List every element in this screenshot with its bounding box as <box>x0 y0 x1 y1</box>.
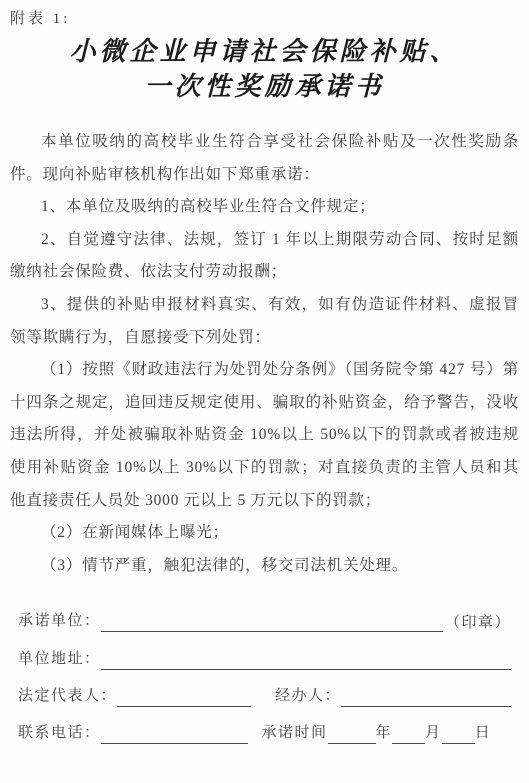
day-fill-line <box>442 723 475 744</box>
title-line-2: 一次性奖励承诺书 <box>10 69 519 104</box>
attachment-label: 附表 1: <box>10 8 519 30</box>
legal-rep-fill-line <box>117 686 251 707</box>
body-paragraph-item1: 1、本单位及吸纳的高校毕业生符合文件规定； <box>10 191 519 224</box>
address-label: 单位地址： <box>18 648 101 670</box>
document-body: 本单位吸纳的高校毕业生符合享受社会保险补贴及一次性奖励条件。现向补贴审核机构作出… <box>10 126 519 582</box>
year-fill-line <box>328 723 376 744</box>
signature-area: 承诺单位： （印章） 单位地址： 法定代表人： 经办人： 联系电话： 承诺时间 … <box>18 608 511 757</box>
legal-rep-label: 法定代表人： <box>18 685 117 707</box>
phone-fill-line <box>101 723 248 744</box>
handler-label: 经办人： <box>275 685 341 707</box>
body-paragraph-item3: 3、提供的补贴申报材料真实、有效，如有伪造证件材料、虚报冒领等欺瞒行为，自愿接受… <box>10 289 519 354</box>
body-paragraph-intro: 本单位吸纳的高校毕业生符合享受社会保险补贴及一次性奖励条件。现向补贴审核机构作出… <box>10 126 519 191</box>
body-paragraph-penalty3: （3）情节严重，触犯法律的，移交司法机关处理。 <box>10 550 519 583</box>
handler-fill-line <box>341 686 511 707</box>
body-paragraph-penalty2: （2）在新闻媒体上曝光； <box>10 517 519 550</box>
month-unit-label: 月 <box>425 722 442 744</box>
unit-label: 承诺单位： <box>18 610 101 632</box>
year-unit-label: 年 <box>376 722 393 744</box>
seal-note: （印章） <box>445 611 511 632</box>
signature-rep-row: 法定代表人： 经办人： <box>18 683 511 707</box>
signature-unit-row: 承诺单位： （印章） <box>18 608 511 632</box>
commit-time-label: 承诺时间 <box>262 722 328 744</box>
phone-label: 联系电话： <box>18 722 101 744</box>
signature-phone-row: 联系电话： 承诺时间 年 月 日 <box>18 720 511 744</box>
signature-address-row: 单位地址： <box>18 646 511 670</box>
document-title: 小微企业申请社会保险补贴、 一次性奖励承诺书 <box>10 34 519 104</box>
body-paragraph-item2: 2、自觉遵守法律、法规，签订 1 年以上期限劳动合同、按时足额缴纳社会保险费、依… <box>10 224 519 289</box>
unit-fill-line <box>101 611 443 632</box>
title-line-1: 小微企业申请社会保险补贴、 <box>10 34 519 69</box>
body-paragraph-penalty1: （1）按照《财政违法行为处罚处分条例》（国务院令第 427 号）第十四条之规定，… <box>10 354 519 517</box>
day-unit-label: 日 <box>475 722 492 744</box>
address-fill-line <box>101 649 511 670</box>
month-fill-line <box>392 723 425 744</box>
document-page: 附表 1: 小微企业申请社会保险补贴、 一次性奖励承诺书 本单位吸纳的高校毕业生… <box>0 0 529 783</box>
